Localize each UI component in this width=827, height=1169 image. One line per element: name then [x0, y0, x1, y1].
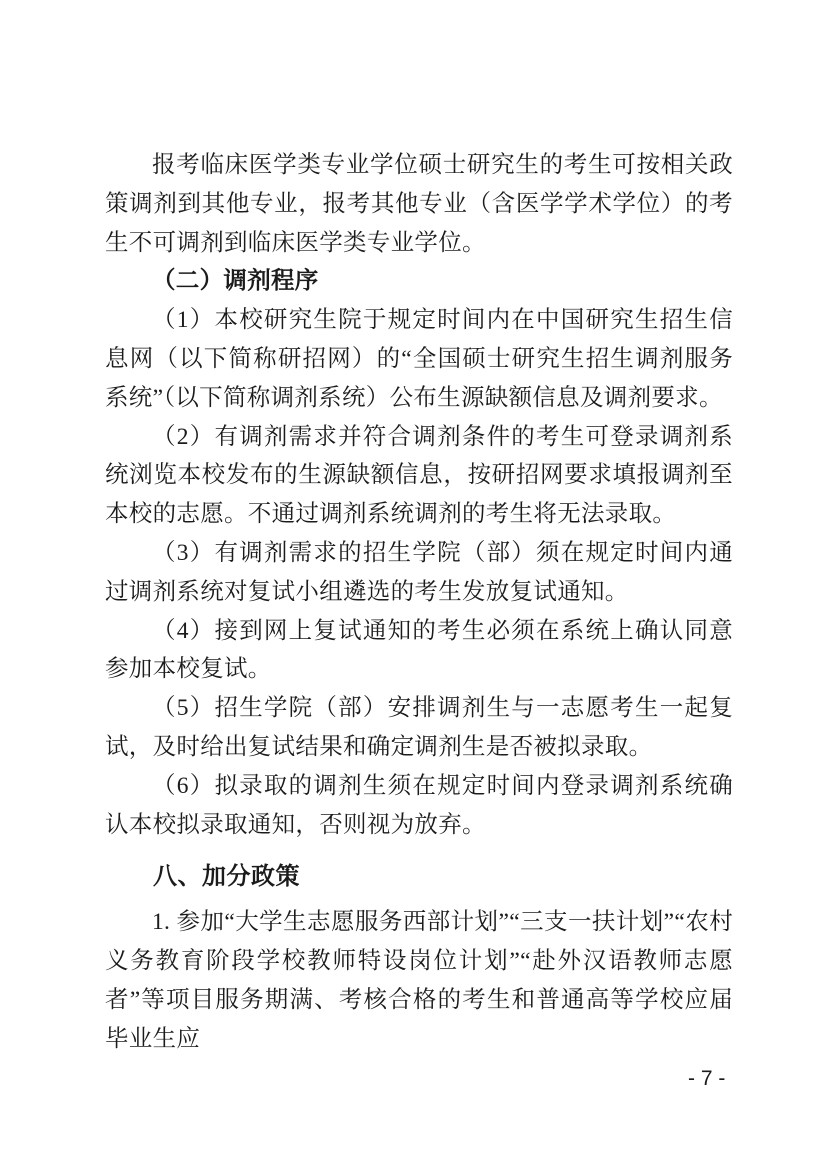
paragraph-step-4: （4）接到网上复试通知的考生必须在系统上确认同意参加本校复试。 [105, 612, 733, 690]
document-body: 报考临床医学类专业学位硕士研究生的考生可按相关政策调剂到其他专业，报考其他专业（… [105, 146, 733, 1058]
paragraph-step-6: （6）拟录取的调剂生须在规定时间内登录调剂系统确认本校拟录取通知，否则视为放弃。 [105, 767, 733, 845]
document-page: 报考临床医学类专业学位硕士研究生的考生可按相关政策调剂到其他专业，报考其他专业（… [0, 0, 827, 1169]
paragraph-step-3: （3）有调剂需求的招生学院（部）须在规定时间内通过调剂系统对复试小组遴选的考生发… [105, 534, 733, 612]
paragraph-step-5: （5）招生学院（部）安排调剂生与一志愿考生一起复试，及时给出复试结果和确定调剂生… [105, 689, 733, 767]
paragraph-step-2: （2）有调剂需求并符合调剂条件的考生可登录调剂系统浏览本校发布的生源缺额信息，按… [105, 418, 733, 534]
section-heading-bonus-policy: 八、加分政策 [105, 858, 733, 897]
paragraph-step-1: （1）本校研究生院于规定时间内在中国研究生招生信息网（以下简称研招网）的“全国硕… [105, 301, 733, 417]
subsection-heading-transfer-procedure: （二）调剂程序 [105, 262, 733, 301]
paragraph-bonus-item-1: 1. 参加“大学生志愿服务西部计划”“三支一扶计划”“农村义务教育阶段学校教师特… [105, 903, 733, 1058]
page-number: - 7 - [688, 1064, 725, 1094]
paragraph-clinical-medicine-transfer: 报考临床医学类专业学位硕士研究生的考生可按相关政策调剂到其他专业，报考其他专业（… [105, 146, 733, 262]
